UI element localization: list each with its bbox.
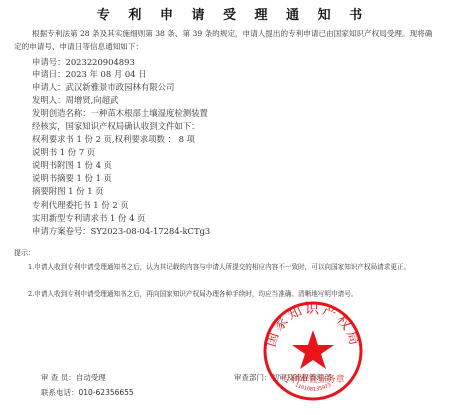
hint-item-2: 2.申请人收到专利申请受理通知书之后，再向国家知识产权局办理各种手续时，均应当准… bbox=[14, 288, 434, 301]
field-verified-files: 经核实，国家知识产权局确认收到文件如下： bbox=[32, 121, 200, 132]
intro-paragraph: 根据专利法第 28 条及其实施细则第 38 条、第 39 条的规定，申请人提出的… bbox=[14, 27, 434, 53]
field-abstract: 说明书摘要 1 份 1 页 bbox=[32, 173, 112, 184]
field-utility-model-request: 实用新型专利请求书 1 份 4 页 bbox=[32, 213, 145, 224]
field-case-number: 申请方案卷号：SY2023-08-04-17284-kCTg3 bbox=[32, 226, 210, 237]
examiner-line: 审 查 员：自动受理 bbox=[41, 372, 106, 383]
field-description-drawings: 说明书附图 1 份 4 页 bbox=[32, 160, 112, 171]
field-power-of-attorney: 专利代理委托书 1 份 2 页 bbox=[32, 200, 129, 211]
field-claims: 权利要求书 1 份 2 页,权利要求项数 ： 8 项 bbox=[32, 134, 195, 145]
application-number: 2023220904893 bbox=[66, 57, 135, 67]
seal-inner-text: 专利审查业务章 bbox=[281, 373, 344, 385]
hints-title: 提示： bbox=[14, 248, 35, 258]
field-application-date: 申请日：2023 年 08 月 04 日 bbox=[32, 69, 147, 80]
field-invention-name: 发明创造名称：一种苗木根部土壤湿度检测装置 bbox=[32, 108, 208, 119]
field-abstract-drawing: 摘要附图 1 份 1 页 bbox=[32, 186, 104, 197]
field-applicant: 申请人：武汉新雅景市政园林有限公司 bbox=[32, 82, 174, 93]
field-inventor: 发明人：周增贤,向超武 bbox=[32, 95, 118, 106]
official-seal-icon: 国家知识产权局 专利审查业务章 110108135973 bbox=[262, 300, 364, 402]
document-title: 专 利 申 请 受 理 通 知 书 bbox=[0, 4, 466, 23]
field-application-number: 申请号：2023220904893 bbox=[32, 57, 135, 68]
field-description: 说明书 1 份 7 页 bbox=[32, 147, 95, 158]
phone-line: 联系电话：010-62356655 bbox=[41, 387, 134, 398]
hint-item-1: 1.申请人收到专利申请受理通知书之后，认为其记载的内容与申请人所提交的相应内容不… bbox=[14, 261, 434, 274]
